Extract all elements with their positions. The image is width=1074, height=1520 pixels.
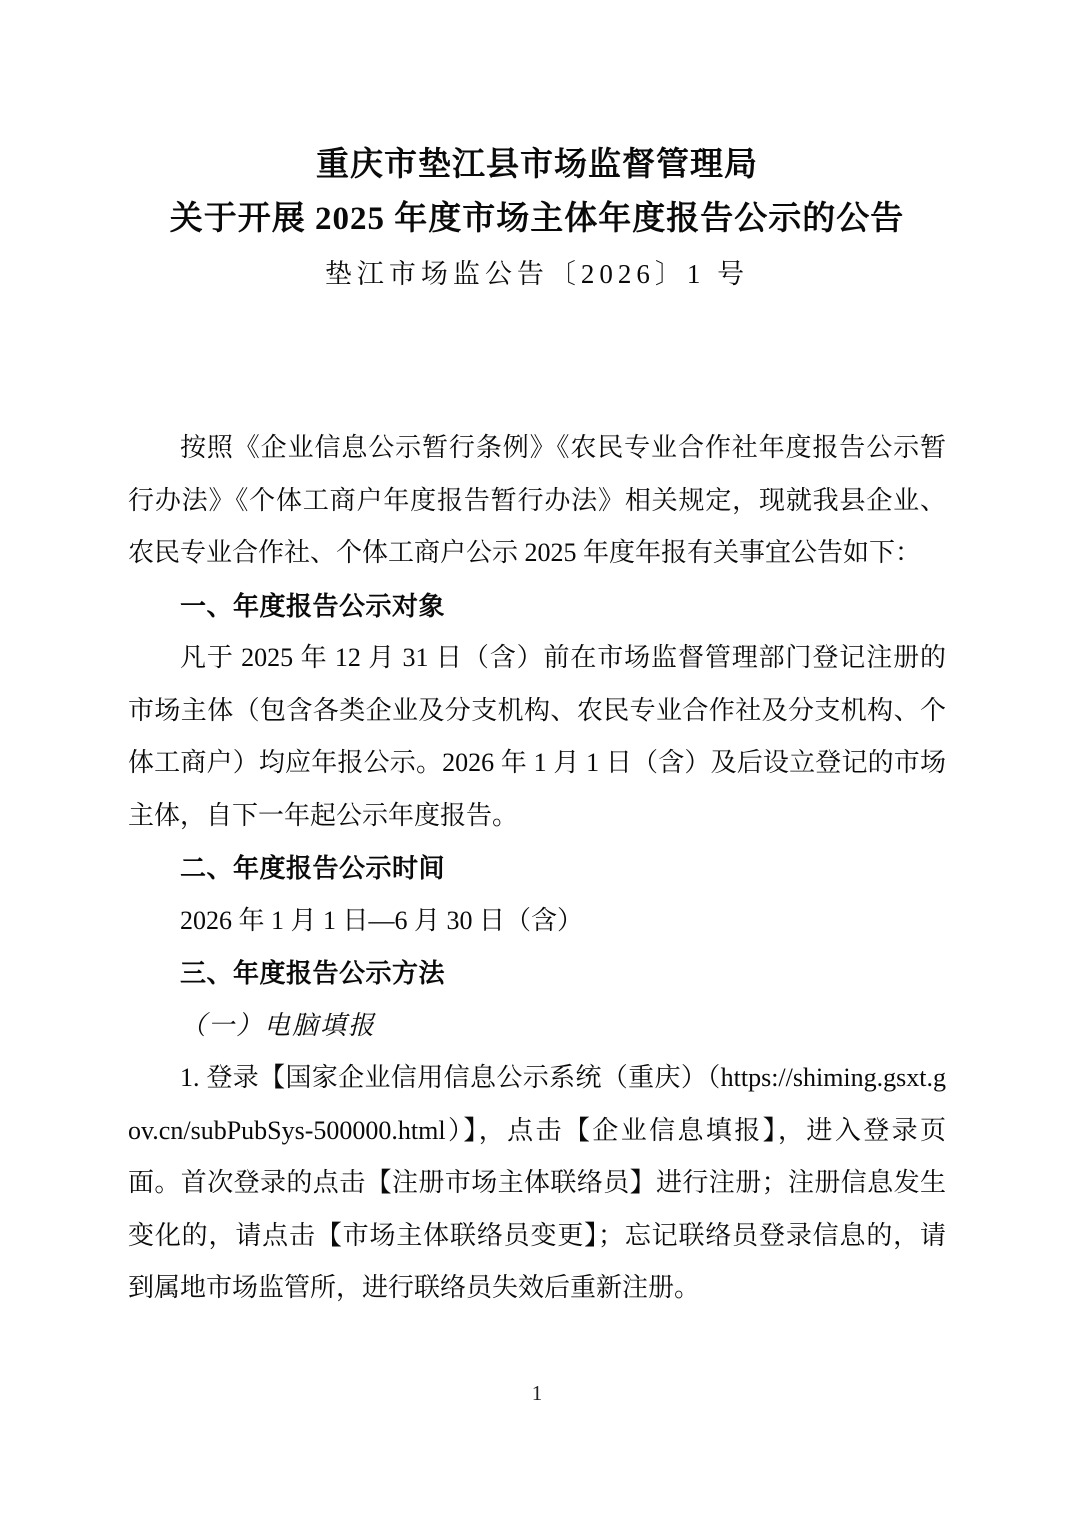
section-1-heading: 一、年度报告公示对象	[128, 580, 946, 633]
section-2-heading: 二、年度报告公示时间	[128, 842, 946, 895]
announcement-document-page: 重庆市垫江县市场监督管理局 关于开展 2025 年度市场主体年度报告公示的公告 …	[0, 0, 1074, 1520]
section-2-paragraph: 2026 年 1 月 1 日—6 月 30 日（含）	[128, 895, 946, 948]
section-3-subheading-1: （一）电脑填报	[128, 1000, 946, 1053]
document-body: 按照《企业信息公示暂行条例》《农民专业合作社年度报告公示暂行办法》《个体工商户年…	[128, 422, 946, 1315]
document-title-line-2: 关于开展 2025 年度市场主体年度报告公示的公告	[128, 192, 946, 246]
section-1-paragraph: 凡于 2025 年 12 月 31 日（含）前在市场监督管理部门登记注册的市场主…	[128, 632, 946, 842]
section-3-step-1-paragraph: 1. 登录【国家企业信用信息公示系统（重庆）（https://shiming.g…	[128, 1052, 946, 1315]
document-number: 垫江市场监公告〔2026〕1 号	[128, 246, 946, 302]
document-title-line-1: 重庆市垫江县市场监督管理局	[128, 138, 946, 192]
section-3-heading: 三、年度报告公示方法	[128, 947, 946, 1000]
page-number: 1	[0, 1378, 1074, 1520]
document-header: 重庆市垫江县市场监督管理局 关于开展 2025 年度市场主体年度报告公示的公告 …	[128, 138, 946, 302]
intro-paragraph: 按照《企业信息公示暂行条例》《农民专业合作社年度报告公示暂行办法》《个体工商户年…	[128, 422, 946, 580]
